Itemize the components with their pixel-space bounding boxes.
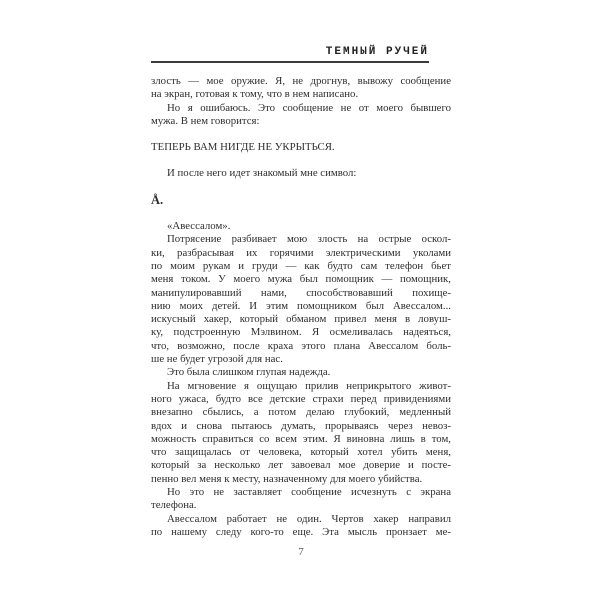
text-line: ше не будет угрозой для нас. bbox=[151, 353, 451, 366]
page-header: ТЕМНЫЙ РУЧЕЙ bbox=[151, 41, 429, 63]
paragraph: И после него идет знакомый мне символ: bbox=[151, 167, 451, 180]
text-line: можность справиться со всем этим. Я вино… bbox=[151, 433, 451, 446]
text-line: что защищалась от человека, который хоте… bbox=[151, 446, 451, 459]
text-line: по нашему следу кого-то еще. Эта мысль п… bbox=[151, 526, 451, 539]
text-line: Но я ошибаюсь. Это сообщение не от моего… bbox=[151, 102, 451, 115]
text-line: внезапно сбылись, а потом делаю глубокий… bbox=[151, 406, 451, 419]
text-line: «Авессалом». bbox=[151, 220, 451, 233]
paragraph: На мгновение я ощущаю прилив неприкрытог… bbox=[151, 380, 451, 486]
text-line: злость — мое оружие. Я, не дрогнув, выво… bbox=[151, 75, 451, 88]
text-line: вдох и снова пытаюсь думать, прорываясь … bbox=[151, 420, 451, 433]
text-line: И после него идет знакомый мне символ: bbox=[151, 167, 451, 180]
paragraph: Авессалом работает не один. Чертов хакер… bbox=[151, 513, 451, 540]
symbol-line: Å. bbox=[151, 194, 451, 207]
text-line: меня током. У моего мужа был помощник — … bbox=[151, 273, 451, 286]
text-line: пенно вел меня к месту, назначенному для… bbox=[151, 473, 451, 486]
paragraph: Но это не заставляет сообщение исчезнуть… bbox=[151, 486, 451, 513]
text-line: телефона. bbox=[151, 499, 451, 512]
text-line: что, возможно, после краха этого плана А… bbox=[151, 340, 451, 353]
text-column: ТЕМНЫЙ РУЧЕЙ злость — мое оружие. Я, не … bbox=[151, 41, 451, 558]
text-line: На мгновение я ощущаю прилив неприкрытог… bbox=[151, 380, 451, 393]
text-line: мужа. В нем говорится: bbox=[151, 115, 451, 128]
text-line: Авессалом работает не один. Чертов хакер… bbox=[151, 513, 451, 526]
paragraph: «Авессалом». bbox=[151, 220, 451, 233]
page-number: 7 bbox=[151, 546, 451, 558]
text-line: ного ужаса, будто все детские страхи пер… bbox=[151, 393, 451, 406]
text-line: Å. bbox=[151, 194, 451, 207]
text-line: на экран, готовая к тому, что в нем напи… bbox=[151, 88, 451, 101]
text-line: манипулировавший нами, способствовавший … bbox=[151, 287, 451, 300]
text-line: нию моих детей. И этим помощником был Ав… bbox=[151, 300, 451, 313]
paragraph: Но я ошибаюсь. Это сообщение не от моего… bbox=[151, 102, 451, 129]
page-body: злость — мое оружие. Я, не дрогнув, выво… bbox=[151, 75, 451, 539]
message-line: ТЕПЕРЬ ВАМ НИГДЕ НЕ УКРЫТЬСЯ. bbox=[151, 141, 451, 154]
book-page: ТЕМНЫЙ РУЧЕЙ злость — мое оружие. Я, не … bbox=[0, 0, 600, 600]
paragraph: злость — мое оружие. Я, не дрогнув, выво… bbox=[151, 75, 451, 102]
running-title: ТЕМНЫЙ РУЧЕЙ bbox=[326, 46, 429, 58]
text-line: ки, разбрасывая их горячими электрически… bbox=[151, 247, 451, 260]
text-line: ку, подстроенную Мэлвином. Я осмеливалас… bbox=[151, 326, 451, 339]
text-line: искусный хакер, который обманом привел м… bbox=[151, 313, 451, 326]
text-line: ТЕПЕРЬ ВАМ НИГДЕ НЕ УКРЫТЬСЯ. bbox=[151, 141, 451, 154]
text-line: Потрясение разбивает мою злость на остры… bbox=[151, 233, 451, 246]
paragraph: Это была слишком глупая надежда. bbox=[151, 366, 451, 379]
text-line: который за несколько лет завоевал мое до… bbox=[151, 459, 451, 472]
text-line: Это была слишком глупая надежда. bbox=[151, 366, 451, 379]
text-line: по моим рукам и груди — как будто сам те… bbox=[151, 260, 451, 273]
text-line: Но это не заставляет сообщение исчезнуть… bbox=[151, 486, 451, 499]
paragraph: Потрясение разбивает мою злость на остры… bbox=[151, 233, 451, 366]
